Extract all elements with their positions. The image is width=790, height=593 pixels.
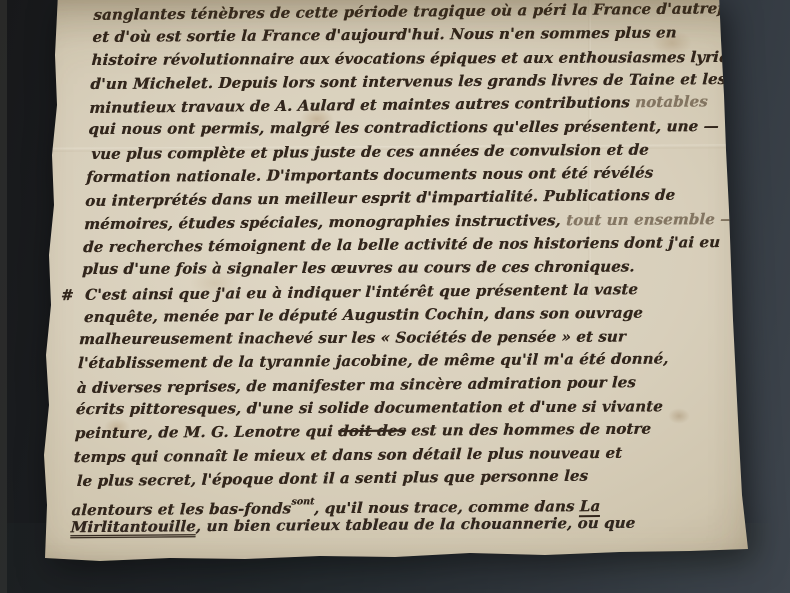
text-segment: mémoires, études spéciales, monographies… xyxy=(84,211,567,233)
text-segment: l'établissement de la tyrannie jacobine,… xyxy=(78,350,669,373)
text-segment: sanglantes ténèbres de cette période tra… xyxy=(93,0,748,24)
manuscript-line: malheureusement inachevé sur les « Socié… xyxy=(78,325,739,351)
text-segment: à diverses reprises, de manifester ma si… xyxy=(76,373,636,397)
text-segment: de recherches témoignent de la belle act… xyxy=(83,233,721,256)
text-segment: est un des hommes de notre xyxy=(405,420,651,440)
text-segment: qui nous ont permis, malgré les contradi… xyxy=(88,118,719,139)
text-segment: ou interprétés dans un meilleur esprit d… xyxy=(85,186,676,210)
text-segment: minutieux travaux de A. Aulard et mainte… xyxy=(89,93,636,117)
manuscript-page: sanglantes ténèbres de cette période tra… xyxy=(0,0,790,593)
text-segment: enquête, menée par le député Augustin Co… xyxy=(84,304,644,326)
text-segment: malheureusement inachevé sur les « Socié… xyxy=(79,328,627,349)
text-segment: , un bien curieux tableau de la chouanne… xyxy=(195,513,635,534)
manuscript-line: écrits pittoresques, d'une si solide doc… xyxy=(75,395,736,421)
text-segment: histoire révolutionnaire aux évocations … xyxy=(91,47,759,68)
text-segment: écrits pittoresques, d'une si solide doc… xyxy=(75,397,663,418)
manuscript-page-wrapper: sanglantes ténèbres de cette période tra… xyxy=(0,0,790,593)
text-segment: vue plus complète et plus juste de ces a… xyxy=(91,140,649,162)
paragraph-mark: # xyxy=(60,283,85,307)
text-segment: doit des xyxy=(338,422,406,441)
manuscript-line: qui nous ont permis, malgré les contradi… xyxy=(88,115,749,141)
text-segment: plus d'une fois à signaler les œuvres au… xyxy=(82,258,635,279)
text-segment: le plus secret, l'époque dont il a senti… xyxy=(76,467,588,490)
photo-background: sanglantes ténèbres de cette période tra… xyxy=(0,0,790,593)
text-segment: temps qui connaît le mieux et dans son d… xyxy=(73,444,622,466)
text-segment: formation nationale. D'importants docume… xyxy=(86,164,654,186)
text-segment: notables xyxy=(635,93,708,112)
text-segment: sont xyxy=(291,497,314,508)
text-segment: Mirlitantouille xyxy=(70,517,196,536)
manuscript-text: sanglantes ténèbres de cette période tra… xyxy=(70,0,754,539)
manuscript-line: histoire révolutionnaire aux évocations … xyxy=(91,45,752,71)
text-segment: tout un ensemble — xyxy=(566,210,736,229)
manuscript-line: Mirlitantouille, un bien curieux tableau… xyxy=(70,511,731,539)
text-segment: C'est ainsi que j'ai eu à indiquer l'int… xyxy=(85,280,639,304)
text-segment: peinture, de M. G. Lenotre qui xyxy=(74,422,338,442)
text-segment: d'un Michelet. Depuis lors sont interven… xyxy=(90,70,727,93)
text-segment: et d'où est sortie la France d'aujourd'h… xyxy=(92,24,677,47)
